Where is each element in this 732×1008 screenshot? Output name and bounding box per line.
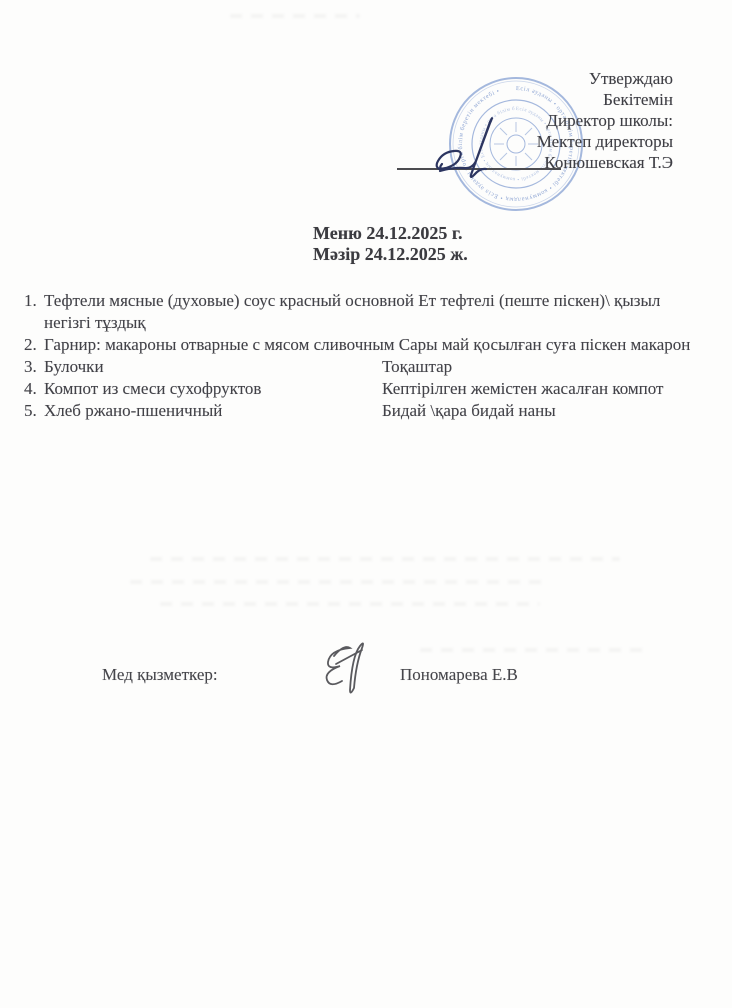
menu-title-ru: Меню 24.12.2025 г.	[313, 223, 468, 244]
menu-item-number: 5.	[24, 400, 44, 422]
menu-title-kz: Мәзір 24.12.2025 ж.	[313, 244, 468, 265]
menu-item-text: БулочкиТоқаштар	[44, 356, 696, 378]
menu-item: 3.БулочкиТоқаштар	[24, 356, 700, 378]
director-name: Конюшевская Т.Э	[440, 152, 673, 173]
approval-line-ru: Утверждаю	[440, 68, 673, 89]
menu-item-text-ru: Булочки	[44, 356, 382, 378]
menu-item-text: Тефтели мясные (духовые) соус красный ос…	[44, 290, 696, 334]
menu-item-number: 3.	[24, 356, 44, 378]
scan-noise	[160, 602, 540, 606]
menu-item-text-ru: Компот из смеси сухофруктов	[44, 378, 382, 400]
scan-noise	[150, 557, 620, 561]
scan-noise	[130, 580, 550, 584]
menu-item: 1.Тефтели мясные (духовые) соус красный …	[24, 290, 700, 334]
med-worker-name: Пономарева Е.В	[400, 665, 518, 685]
director-title-kz: Мектеп директоры	[440, 131, 673, 152]
menu-item: 5.Хлеб ржано-пшеничныйБидай \қара бидай …	[24, 400, 700, 422]
med-worker-signature-icon	[296, 628, 376, 700]
med-worker-label: Мед қызметкер:	[102, 665, 218, 685]
menu-item-text-ru: Хлеб ржано-пшеничный	[44, 400, 382, 422]
menu-item-text-kz: Кептірілген жемістен жасалған компот	[382, 379, 663, 398]
menu-item-number: 1.	[24, 290, 44, 312]
scan-noise	[230, 14, 360, 18]
menu-item-text-kz: Бидай \қара бидай наны	[382, 401, 556, 420]
menu-item-text: Хлеб ржано-пшеничныйБидай \қара бидай на…	[44, 400, 696, 422]
approval-line-kz: Бекітемін	[440, 89, 673, 110]
menu-item: 2.Гарнир: макароны отварные с мясом слив…	[24, 334, 700, 356]
menu-item-number: 4.	[24, 378, 44, 400]
menu-item: 4.Компот из смеси сухофруктовКептірілген…	[24, 378, 700, 400]
scanned-menu-document: Есіл ауданы • орта білім беретін мектебі…	[0, 0, 732, 1008]
menu-item-text-kz: Тоқаштар	[382, 357, 452, 376]
director-title-ru: Директор школы:	[440, 110, 673, 131]
menu-title: Меню 24.12.2025 г. Мәзір 24.12.2025 ж.	[313, 223, 468, 265]
menu-item-text: Гарнир: макароны отварные с мясом сливоч…	[44, 334, 696, 356]
menu-list: 1.Тефтели мясные (духовые) соус красный …	[24, 290, 700, 422]
scan-noise	[420, 648, 650, 652]
menu-item-text: Компот из смеси сухофруктовКептірілген ж…	[44, 378, 696, 400]
menu-item-number: 2.	[24, 334, 44, 356]
approval-block: Утверждаю Бекітемін Директор школы: Мект…	[440, 68, 673, 173]
